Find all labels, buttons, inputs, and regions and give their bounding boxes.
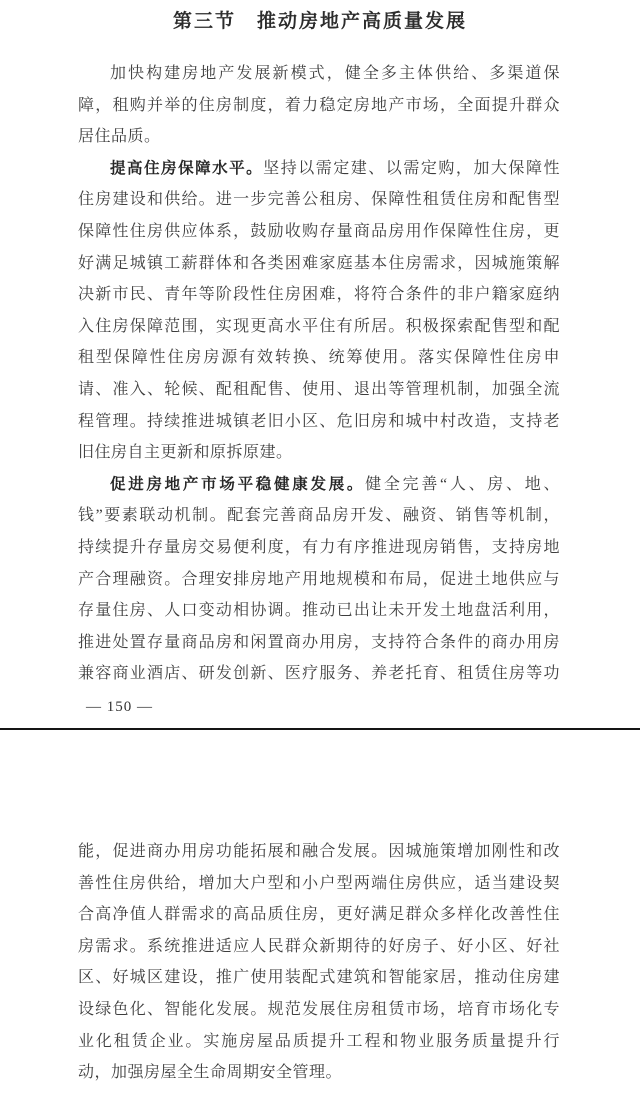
body-text-line: 产合理融资。合理安排房地产用地规模和布局，促进土地供应与 bbox=[78, 564, 560, 596]
body-text-line: 存量住房、人口变动相协调。推动已出让未开发土地盘活利用， bbox=[78, 595, 560, 627]
body-text-line: 障，租购并举的住房制度，着力稳定房地产市场，全面提升群众 bbox=[78, 90, 560, 122]
text-run: 租型保障性住房房源有效转换、统筹使用。落实保障性住房申 bbox=[78, 349, 560, 366]
text-run: 住房建设和供给。进一步完善公租房、保障性租赁住房和配售型 bbox=[78, 191, 560, 208]
body-text-line: 请、准入、轮候、配租配售、使用、退出等管理机制，加强全流 bbox=[78, 374, 560, 406]
page1-body-text: 加快构建房地产发展新模式，健全多主体供给、多渠道保障，租购并举的住房制度，着力稳… bbox=[78, 58, 560, 690]
body-text-line: 钱”要素联动机制。配套完善商品房开发、融资、销售等机制， bbox=[78, 500, 560, 532]
document-viewer: 第三节 推动房地产高质量发展 加快构建房地产发展新模式，健全多主体供给、多渠道保… bbox=[0, 0, 640, 1100]
body-text-line: 兼容商业酒店、研发创新、医疗服务、养老托育、租赁住房等功 bbox=[78, 658, 560, 690]
body-text-line: 区、好城区建设，推广使用装配式建筑和智能家居，推动住房建 bbox=[78, 962, 560, 994]
text-run: 持续提升存量房交易便利度，有力有序推进现房销售，支持房地 bbox=[78, 539, 560, 556]
body-text-line: 程管理。持续推进城镇老旧小区、危旧房和城中村改造，支持老 bbox=[78, 406, 560, 438]
body-text-line: 保障性住房供应体系，鼓励收购存量商品房用作保障性住房，更 bbox=[78, 216, 560, 248]
text-run: 业化租赁企业。实施房屋品质提升工程和物业服务质量提升行 bbox=[78, 1033, 560, 1050]
body-text-line: 推进处置存量商品房和闲置商办用房，支持符合条件的商办用房 bbox=[78, 627, 560, 659]
text-run: 程管理。持续推进城镇老旧小区、危旧房和城中村改造，支持老 bbox=[78, 413, 560, 430]
bold-lead-run: 提高住房保障水平。 bbox=[110, 160, 263, 177]
text-run: 好满足城镇工薪群体和各类困难家庭基本住房需求，因城施策解 bbox=[78, 255, 560, 272]
body-text-line: 旧住房自主更新和原拆原建。 bbox=[78, 437, 560, 469]
section-heading: 第三节 推动房地产高质量发展 bbox=[0, 10, 640, 34]
body-text-line: 合高净值人群需求的高品质住房，更好满足群众多样化改善性住 bbox=[78, 899, 560, 931]
text-run: 房需求。系统推进适应人民群众新期待的好房子、好小区、好社 bbox=[78, 938, 560, 955]
body-text-line: 善性住房供给，增加大户型和小户型两端住房供应，适当建设契 bbox=[78, 868, 560, 900]
page-number: — 150 — bbox=[86, 698, 153, 716]
text-run: 产合理融资。合理安排房地产用地规模和布局，促进土地供应与 bbox=[78, 571, 560, 588]
body-text-line: 加快构建房地产发展新模式，健全多主体供给、多渠道保 bbox=[78, 58, 560, 90]
text-run: 推进处置存量商品房和闲置商办用房，支持符合条件的商办用房 bbox=[78, 634, 560, 651]
text-run: 旧住房自主更新和原拆原建。 bbox=[78, 444, 293, 461]
text-run: 合高净值人群需求的高品质住房，更好满足群众多样化改善性住 bbox=[78, 906, 560, 923]
text-run: 障，租购并举的住房制度，着力稳定房地产市场，全面提升群众 bbox=[78, 97, 560, 114]
body-text-line: 持续提升存量房交易便利度，有力有序推进现房销售，支持房地 bbox=[78, 532, 560, 564]
text-run: 决新市民、青年等阶段性住房困难，将符合条件的非户籍家庭纳 bbox=[78, 286, 560, 303]
page2-body-text: 能，促进商办用房功能拓展和融合发展。因城施策增加刚性和改善性住房供给，增加大户型… bbox=[78, 836, 560, 1089]
body-text-line: 决新市民、青年等阶段性住房困难，将符合条件的非户籍家庭纳 bbox=[78, 279, 560, 311]
body-text-line: 租型保障性住房房源有效转换、统筹使用。落实保障性住房申 bbox=[78, 342, 560, 374]
text-run: 能，促进商办用房功能拓展和融合发展。因城施策增加刚性和改 bbox=[78, 843, 560, 860]
text-run: 存量住房、人口变动相协调。推动已出让未开发土地盘活利用， bbox=[78, 602, 560, 619]
body-text-line: 居住品质。 bbox=[78, 121, 560, 153]
text-run: 善性住房供给，增加大户型和小户型两端住房供应，适当建设契 bbox=[78, 875, 560, 892]
text-run: 兼容商业酒店、研发创新、医疗服务、养老托育、租赁住房等功 bbox=[78, 665, 560, 682]
body-text-line: 入住房保障范围，实现更高水平住有所居。积极探索配售型和配 bbox=[78, 311, 560, 343]
text-run: 入住房保障范围，实现更高水平住有所居。积极探索配售型和配 bbox=[78, 318, 560, 335]
text-run: 设绿色化、智能化发展。规范发展住房租赁市场，培育市场化专 bbox=[78, 1001, 560, 1018]
text-run: 保障性住房供应体系，鼓励收购存量商品房用作保障性住房，更 bbox=[78, 223, 560, 240]
text-run: 健全完善“人、房、地、 bbox=[365, 476, 560, 493]
text-run: 坚持以需定建、以需定购，加大保障性 bbox=[263, 160, 560, 177]
body-text-line: 住房建设和供给。进一步完善公租房、保障性租赁住房和配售型 bbox=[78, 184, 560, 216]
text-run: 动，加强房屋全生命周期安全管理。 bbox=[78, 1064, 342, 1081]
text-run: 加快构建房地产发展新模式，健全多主体供给、多渠道保 bbox=[110, 65, 560, 82]
body-text-line: 设绿色化、智能化发展。规范发展住房租赁市场，培育市场化专 bbox=[78, 994, 560, 1026]
body-text-line: 能，促进商办用房功能拓展和融合发展。因城施策增加刚性和改 bbox=[78, 836, 560, 868]
body-text-line: 提高住房保障水平。坚持以需定建、以需定购，加大保障性 bbox=[78, 153, 560, 185]
text-run: 居住品质。 bbox=[78, 128, 161, 145]
text-run: 钱”要素联动机制。配套完善商品房开发、融资、销售等机制， bbox=[78, 507, 560, 524]
body-text-line: 房需求。系统推进适应人民群众新期待的好房子、好小区、好社 bbox=[78, 931, 560, 963]
body-text-line: 促进房地产市场平稳健康发展。健全完善“人、房、地、 bbox=[78, 469, 560, 501]
text-run: 区、好城区建设，推广使用装配式建筑和智能家居，推动住房建 bbox=[78, 969, 560, 986]
body-text-line: 好满足城镇工薪群体和各类困难家庭基本住房需求，因城施策解 bbox=[78, 248, 560, 280]
page-divider-line bbox=[0, 728, 640, 730]
bold-lead-run: 促进房地产市场平稳健康发展。 bbox=[110, 476, 365, 493]
body-text-line: 动，加强房屋全生命周期安全管理。 bbox=[78, 1057, 560, 1089]
body-text-line: 业化租赁企业。实施房屋品质提升工程和物业服务质量提升行 bbox=[78, 1026, 560, 1058]
text-run: 请、准入、轮候、配租配售、使用、退出等管理机制，加强全流 bbox=[78, 381, 560, 398]
